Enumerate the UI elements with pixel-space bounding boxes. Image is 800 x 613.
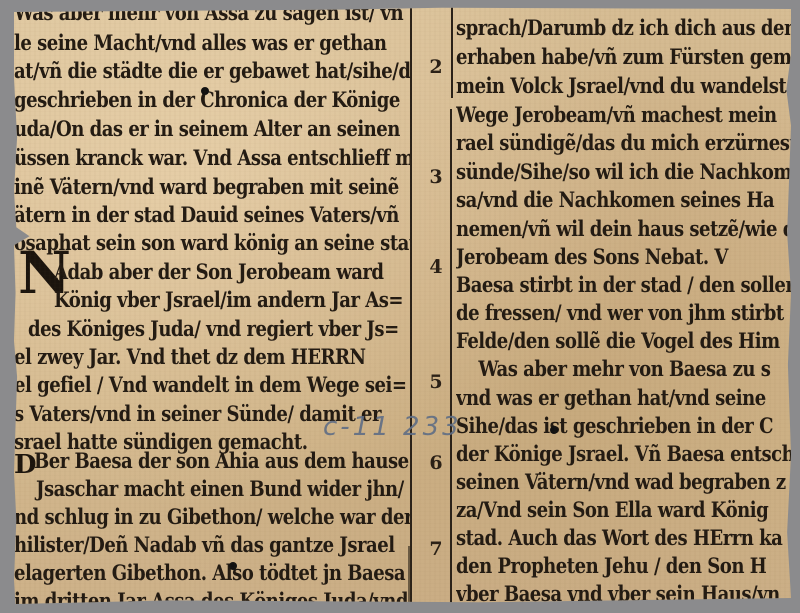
verse-number: 6	[424, 452, 448, 474]
left-text-column: Was aber mehr von Assa zu sagen ist/ vn …	[14, 6, 410, 604]
text-line: König vber Jsrael/im andern Jar As=	[54, 285, 403, 315]
verse-number: 7	[424, 538, 448, 560]
column-rule-right-top	[451, 6, 453, 98]
text-line: Was aber mehr von Assa zu sagen ist/ vn	[14, 6, 403, 28]
text-line: erhaben habe/vñ zum Fürsten gema	[456, 42, 791, 72]
text-line: Jsaschar macht einen Bund wider jhn/	[36, 474, 404, 504]
ink-speck	[201, 87, 209, 95]
text-line: vber Baesa vnd vber sein Haus/vn	[456, 579, 780, 604]
ink-speck	[550, 426, 558, 434]
verse-number: 4	[424, 256, 448, 278]
text-line: le seine Macht/vnd alles was er gethan	[14, 28, 387, 58]
column-rule-right	[450, 109, 452, 604]
handwritten-shelfmark: c-11 233	[323, 412, 462, 442]
text-line: sünde/Sihe/so wil ich die Nachkom	[456, 157, 791, 187]
text-line: den Propheten Jehu / den Son H	[456, 551, 766, 581]
text-line: nemen/vñ wil dein haus setzẽ/wie d	[456, 214, 791, 244]
text-line: seinen Vätern/vnd wad begraben z	[456, 467, 786, 497]
text-line: de fressen/ vnd wer von jhm stirbt	[456, 298, 784, 328]
text-line: sprach/Darumb dz ich dich aus dem	[456, 13, 791, 43]
text-line: sa/vnd die Nachkomen seines Ha	[456, 185, 774, 215]
small-initial: D	[14, 452, 36, 478]
verse-number: 2	[424, 56, 448, 78]
text-line: Was aber mehr von Baesa zu s	[456, 354, 770, 384]
text-line: mein Volck Jsrael/vnd du wandelst	[456, 71, 786, 101]
text-line: osaphat sein son ward könig an seine sta…	[14, 228, 410, 258]
text-line: Adab aber der Son Jerobeam ward	[54, 257, 384, 287]
column-rule-fragment	[408, 546, 410, 604]
text-line: rael sündigẽ/das du mich erzürnest	[456, 128, 791, 158]
book-page: Was aber mehr von Assa zu sagen ist/ vn …	[14, 6, 791, 604]
text-line: stad. Auch das Wort des HErrn ka	[456, 523, 782, 553]
text-line: üssen kranck war. Vnd Assa entschlieff m…	[14, 143, 410, 173]
text-line: at/vñ die städte die er gebawet hat/sihe…	[14, 56, 410, 86]
text-line: der Könige Jsrael. Vñ Baesa entsch	[456, 439, 791, 469]
text-line: nd schlug in zu Gibethon/ welche war der	[14, 502, 410, 532]
verse-number: 3	[424, 166, 448, 188]
text-line: Sihe/das ist geschrieben in der C	[456, 411, 773, 441]
text-line: elagerten Gibethon. Also tödtet jn Baesa	[14, 558, 405, 588]
text-line: ätern in der stad Dauid seines Vaters/vñ	[14, 200, 399, 230]
text-line: Jerobeam des Sons Nebat. V	[456, 242, 728, 272]
text-line: vnd was er gethan hat/vnd seine	[456, 383, 766, 413]
text-line: Wege Jerobeam/vñ machest mein	[456, 100, 777, 130]
text-line: Baesa stirbt in der stad / den sollen	[456, 270, 791, 300]
text-line: hilister/Deñ Nadab vñ das gantze Jsrael	[14, 530, 395, 560]
text-line: Ber Baesa der son Ahia aus dem hause	[34, 446, 409, 476]
column-rule-left	[410, 6, 412, 604]
text-line: inẽ Vätern/vnd ward begraben mit seinẽ	[14, 172, 399, 202]
text-line: im dritten Jar Assa des Königes Juda/vnd	[14, 586, 408, 604]
right-text-column: sprach/Darumb dz ich dich aus dem erhabe…	[456, 6, 791, 604]
verse-number: 5	[424, 371, 448, 393]
text-line: uda/On das er in seinem Alter an seinen	[14, 114, 400, 144]
text-line: el zwey Jar. Vnd thet dz dem HERRN	[14, 342, 366, 372]
text-line: za/Vnd sein Son Ella ward König	[456, 495, 768, 525]
text-line: el gefiel / Vnd wandelt in dem Wege sei=	[14, 370, 406, 400]
scan-viewport: Was aber mehr von Assa zu sagen ist/ vn …	[0, 0, 800, 613]
text-line: des Königes Juda/ vnd regiert vber Js=	[28, 314, 399, 344]
ink-speck	[229, 562, 237, 570]
text-line: Felde/den sollẽ die Vogel des Him	[456, 326, 780, 356]
